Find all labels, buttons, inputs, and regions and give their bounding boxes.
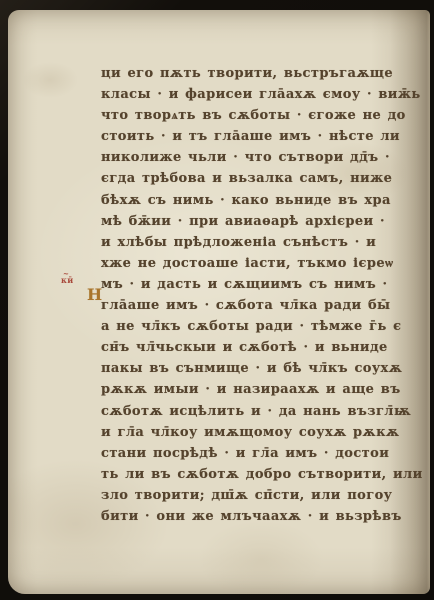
manuscript-text-line: ци его пѫть творити, вьстръгаѫще: [101, 63, 401, 84]
manuscript-text-line: хже не достоаше іасти, тъкмо ієреѡ: [101, 253, 401, 274]
manuscript-text-line: стани посрѣдѣ · и гл̄а имъ · достои: [101, 443, 401, 464]
manuscript-text-line: рѫкѫ имыи · и назираахѫ и аще въ: [101, 379, 401, 400]
margin-section-number: кӣ: [61, 275, 74, 285]
manuscript-text-line: зло творити; дш̄ѫ сп̄сти, или погоу: [101, 485, 401, 506]
manuscript-text-line: а не чл̄къ сѫботы ради · тѣмже г̄ь є: [101, 316, 401, 337]
manuscript-text-line: бити · они же млъчаахѫ · и вьзрѣвъ: [101, 506, 401, 527]
manuscript-text-line: что творѧть въ сѫботы · єгоже не до: [101, 105, 401, 126]
manuscript-text-line: и хлѣбы прѣдложеніа сънѣстъ · и: [101, 232, 401, 253]
margin-section-note: ~ кӣ: [61, 272, 74, 285]
manuscript-text-line: класы · и фарисеи гла̄ахѫ ємоу · виж̄ь: [101, 84, 401, 105]
rubric-initial-letter: Н: [87, 287, 102, 303]
manuscript-text-line: и гл̄а чл̄коу имѫщомоу соухѫ рѫкѫ: [101, 422, 401, 443]
manuscript-text-line: ть ли въ сѫботѫ добро сътворити, или: [101, 464, 401, 485]
manuscript-text-line: єгда трѣбова и вьзалка самъ, ниже: [101, 168, 401, 189]
manuscript-text-line: сѫботѫ исцѣлить и · да нань възгл̄ѭ: [101, 401, 401, 422]
text-block: ци его пѫть творити, вьстръгаѫщекласы · …: [101, 63, 401, 527]
manuscript-text-line: бѣхѫ съ нимь · како вьниде въ хра: [101, 190, 401, 211]
photo-background: ~ кӣ Н ци его пѫть творити, вьстръгаѫщек…: [0, 0, 434, 600]
manuscript-text-line: стоить · и тъ гла̄аше имъ · нѣсте ли: [101, 126, 401, 147]
manuscript-text-line: пакы въ сънмище · и бѣ чл̄къ соухѫ: [101, 358, 401, 379]
manuscript-text-line: гла̄аше имъ · сѫбота чл̄ка ради бы̄: [101, 295, 401, 316]
manuscript-text-line: мѣ бж̄ии · при авиаѳарѣ архієреи ·: [101, 211, 401, 232]
manuscript-text-line: николиже чьли · что сътвори дд̄ъ ·: [101, 147, 401, 168]
manuscript-text-line: сн̄ъ чл̄чьскыи и сѫботѣ · и вьниде: [101, 337, 401, 358]
manuscript-text-line: мъ · и дасть и сѫщиимъ съ нимъ ·: [101, 274, 401, 295]
